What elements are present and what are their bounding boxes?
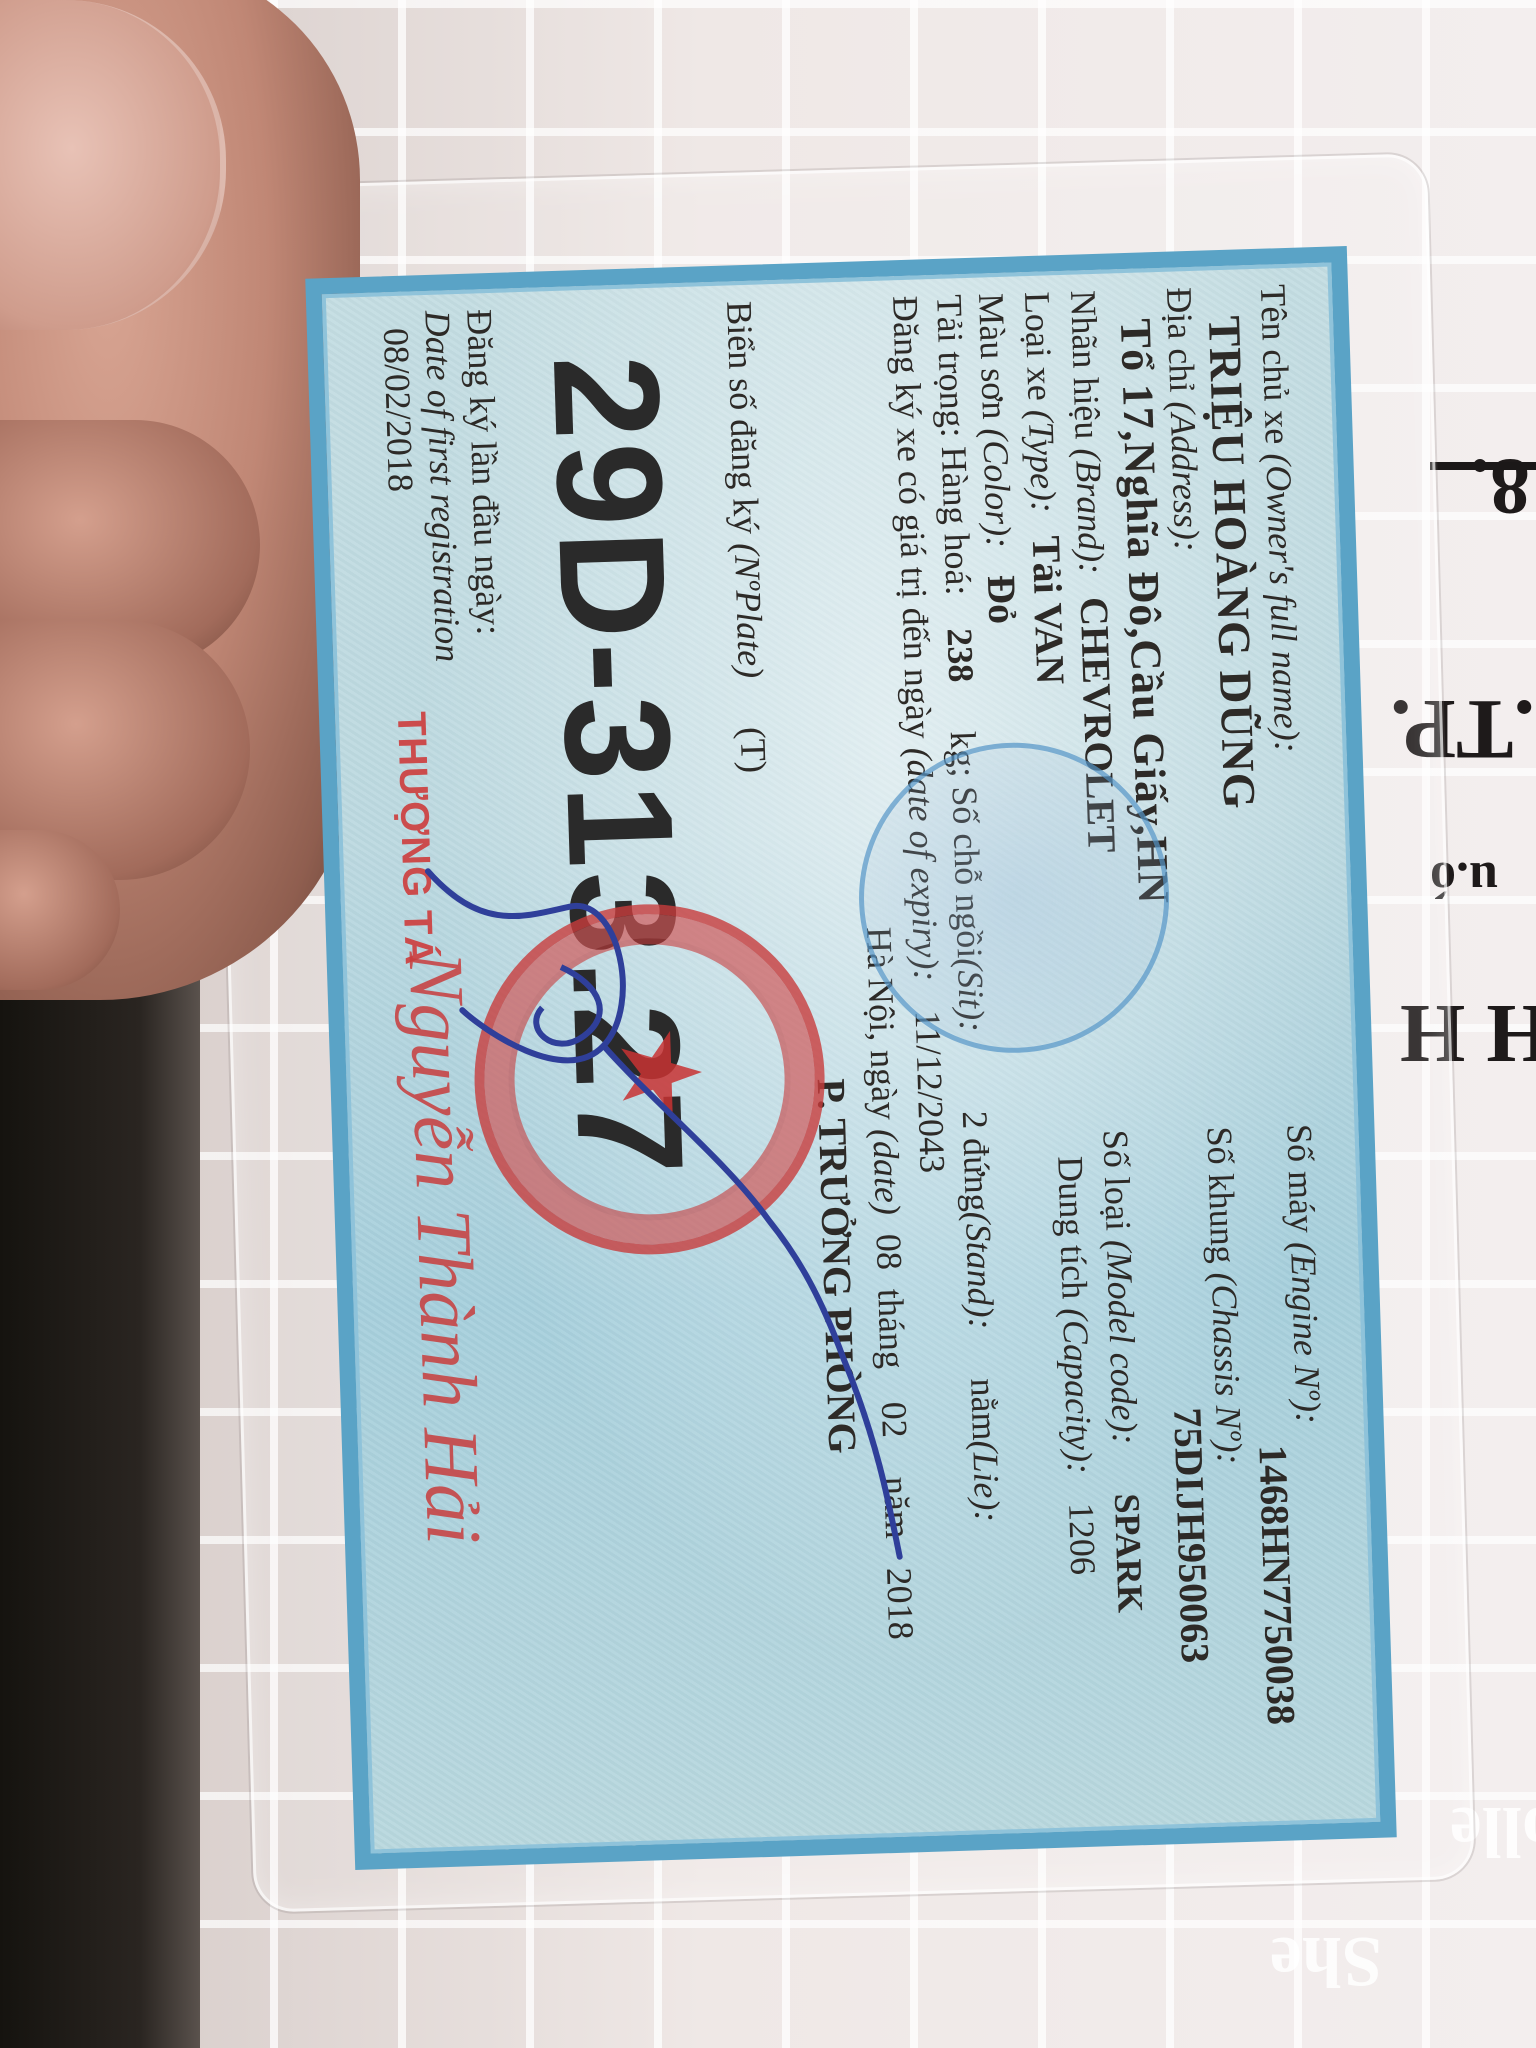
blue-signature	[337, 836, 921, 1613]
load-value: 238	[940, 628, 982, 683]
color-value: Đỏ	[979, 574, 1026, 624]
engine-value: 1468HN7750038	[1249, 1444, 1305, 1725]
thumbnail	[0, 0, 226, 330]
capacity-value: 1206	[1061, 1502, 1103, 1575]
card-content: Tên chủ xe (Owner's full name): TRIỆU HO…	[322, 264, 1348, 1822]
model-value: SPARK	[1107, 1493, 1151, 1614]
capacity-row: Dung tích (Capacity): 1206	[1049, 1156, 1104, 1576]
engine-label: Số máy (Engine Nº):	[1278, 1123, 1329, 1424]
registration-card: Tên chủ xe (Owner's full name): TRIỆU HO…	[305, 246, 1396, 1870]
background-print-6: She	[1270, 1920, 1382, 2003]
chassis-value: 75DIJH950063	[1164, 1407, 1219, 1664]
plate-label-row: Biển số đăng ký (NºPlate) (T)	[718, 300, 775, 773]
type-value: Tải VAN	[1024, 535, 1074, 685]
first-reg-date: 08/02/2018	[375, 327, 422, 492]
background-print-1: 8.	[1470, 440, 1530, 531]
stand-value: 2	[955, 1110, 996, 1129]
background-rule	[1430, 462, 1536, 470]
